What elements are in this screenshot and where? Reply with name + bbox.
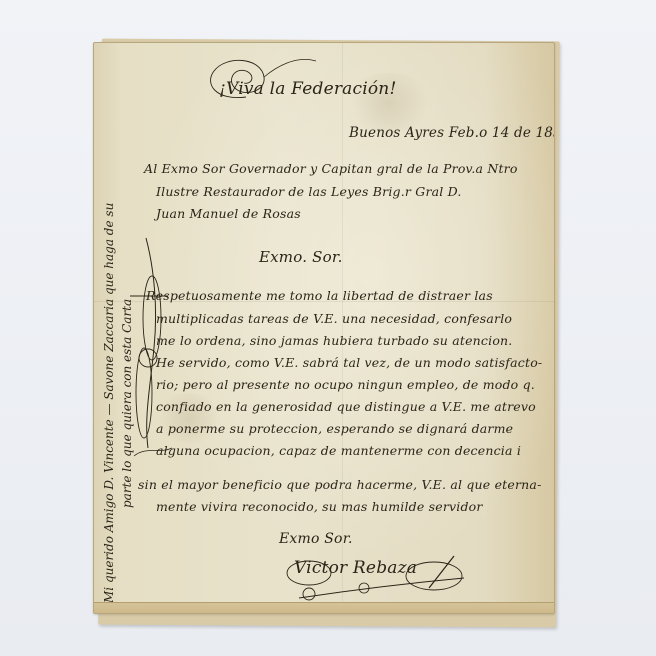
body-line: rio; pero al presente no ocupo ningun em… <box>156 377 535 392</box>
body-line: Respetuosamente me tomo la libertad de d… <box>146 288 493 303</box>
body-line: alguna ocupacion, capaz de mantenerme co… <box>156 443 521 458</box>
place-and-date: Buenos Ayres Feb.o 14 de 1839 <box>349 125 555 141</box>
signature: Victor Rebaza <box>294 558 417 578</box>
margin-note-line-2: parte lo que quiera con esta Carta <box>120 299 134 508</box>
body-line: mente vivira reconocido, su mas humilde … <box>156 499 483 514</box>
addressee-line-3: Juan Manuel de Rosas <box>156 206 301 221</box>
addressee-line-1: Al Exmo Sor Governador y Capitan gral de… <box>144 161 518 176</box>
body-line: confiado en la generosidad que distingue… <box>156 399 536 414</box>
margin-note-line-1: Mi querido Amigo D. Vincente — Savone Za… <box>102 203 116 603</box>
header-exclamation: ¡Viva la Federación! <box>219 79 396 99</box>
body-line: a ponerme su proteccion, esperando se di… <box>156 421 513 436</box>
closing: Exmo Sor. <box>279 531 353 547</box>
body-line: multiplicadas tareas de V.E. una necesid… <box>156 311 512 326</box>
body-line: He servido, como V.E. sabrá tal vez, de … <box>156 355 542 370</box>
signature-flourish-icon <box>279 548 469 608</box>
letter-sheet: ¡Viva la Federación! Buenos Ayres Feb.o … <box>93 42 555 614</box>
body-line: sin el mayor beneficio que podra hacerme… <box>138 477 542 492</box>
paper-bottom-edge <box>94 602 554 613</box>
fold-line-vertical <box>342 43 343 613</box>
salutation: Exmo. Sor. <box>259 248 343 266</box>
body-line: me lo ordena, sino jamas hubiera turbado… <box>156 333 512 348</box>
addressee-line-2: Ilustre Restaurador de las Leyes Brig.r … <box>156 184 462 199</box>
